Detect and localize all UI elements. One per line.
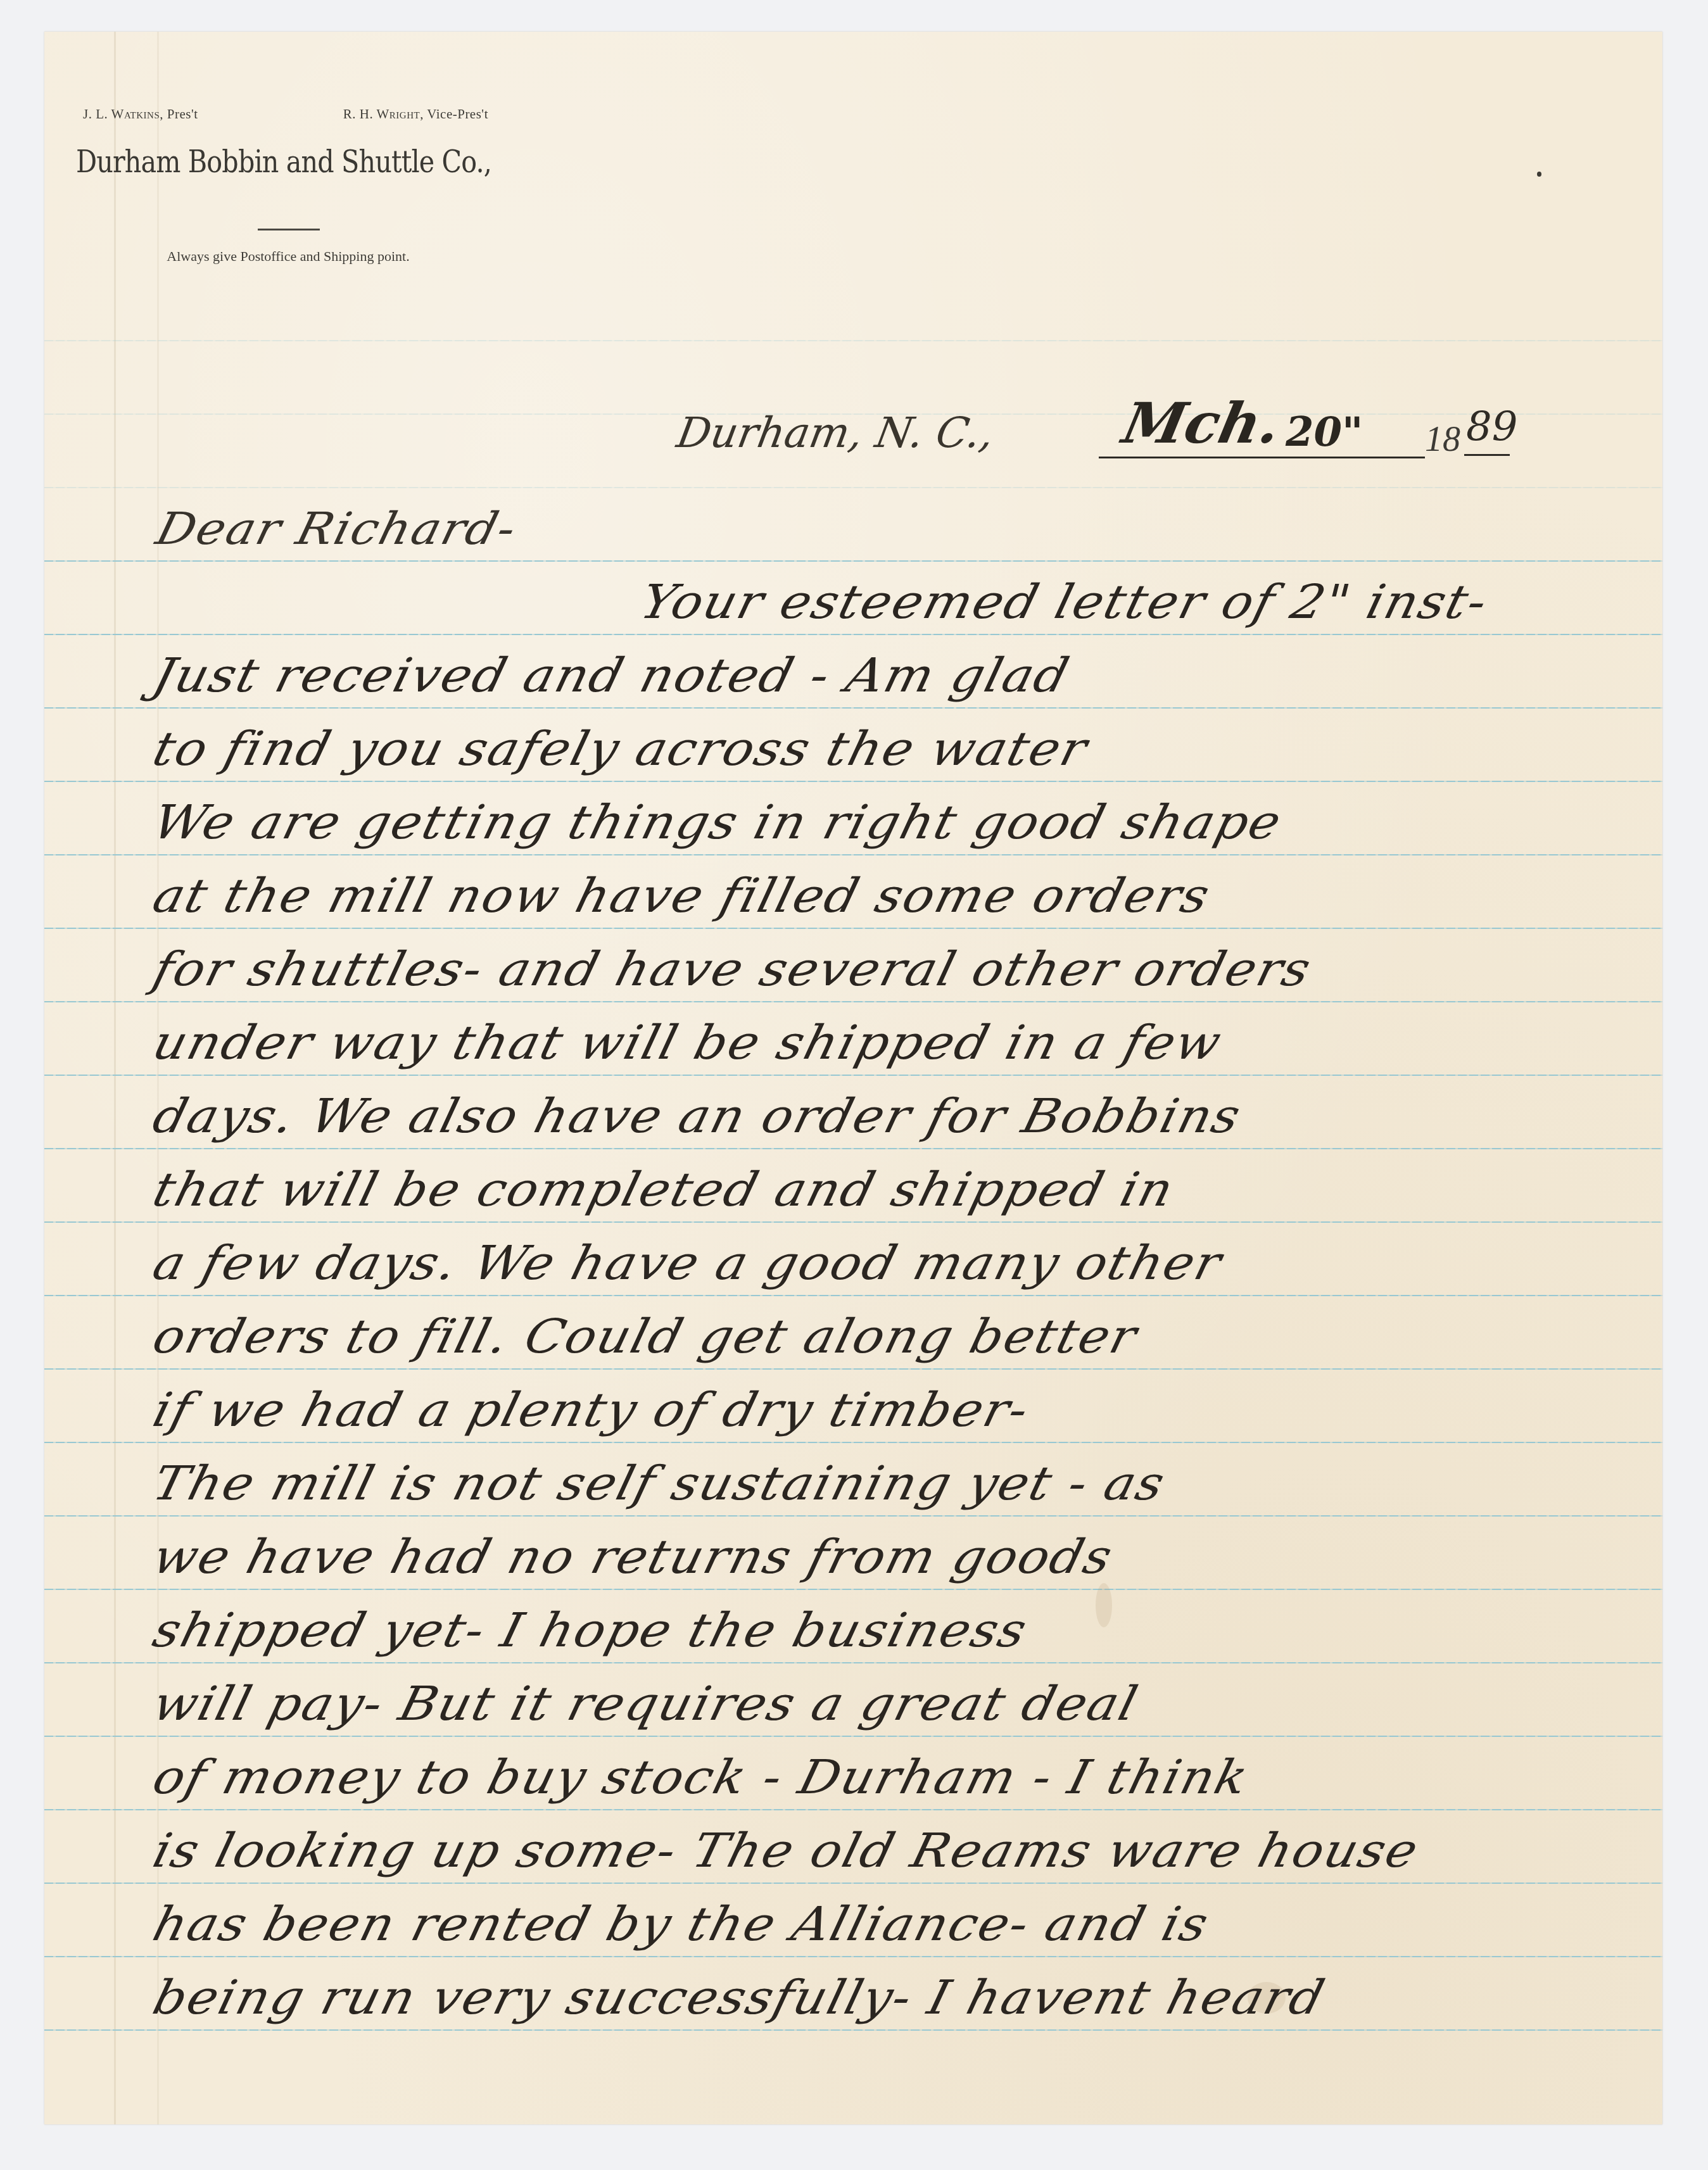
letter-line: days. We also have an order for Bobbins [146, 1082, 1249, 1151]
president: J. L. Watkins, Pres't [83, 106, 198, 122]
dateline: Durham, N. C., Mch. 20" 18 89 [678, 386, 1666, 462]
date-underline [1099, 457, 1425, 458]
company-name: Durham Bobbin and Shuttle Co., [76, 144, 436, 180]
letter-line: Your esteemed letter of 2" inst- [633, 567, 1495, 637]
fold-crease [114, 32, 116, 2124]
ruled-line [44, 340, 1662, 341]
date-year-printed: 18 [1425, 419, 1460, 460]
date-month: Mch. [1117, 390, 1287, 456]
date-year-handwritten: 89 [1466, 404, 1517, 451]
date-day: 20" [1286, 408, 1363, 456]
ink-speck [1537, 172, 1541, 177]
vice-president: R. H. Wright, Vice-Pres't [343, 106, 488, 122]
letter-line: shipped yet- I hope the business [146, 1596, 1035, 1665]
letter-line: of money to buy stock - Durham - I think [146, 1743, 1256, 1812]
ruled-line [44, 487, 1662, 488]
letter-line: we have had no returns from goods [146, 1522, 1120, 1592]
letter-line: is looking up some- The old Reams ware h… [146, 1816, 1426, 1886]
date-place: Durham, N. C., [673, 408, 998, 457]
letter-line: orders to fill. Could get along better [146, 1302, 1145, 1372]
letter-line: Just received and noted - Am glad [146, 641, 1077, 710]
vice-president-title: Vice-Pres't [427, 106, 488, 122]
letter-line: The mill is not self sustaining yet - as [146, 1449, 1173, 1518]
letter-line: at the mill now have filled some orders [146, 861, 1218, 931]
letter-page: J. L. Watkins, Pres't R. H. Wright, Vice… [44, 32, 1662, 2124]
letter-line: if we had a plenty of dry timber- [146, 1375, 1037, 1445]
letter-line: being run very successfully- I havent he… [146, 1963, 1332, 2033]
letter-line: a few days. We have a good many other [146, 1228, 1230, 1298]
letter-line: that will be completed and shipped in [146, 1155, 1182, 1225]
letter-line: to find you safely across the water [146, 714, 1096, 784]
letterhead-divider [258, 229, 320, 230]
letter-line: for shuttles- and have several other ord… [146, 935, 1319, 1004]
president-title: Pres't [167, 106, 198, 122]
president-name: J. L. Watkins [83, 106, 160, 122]
letterhead-officers: J. L. Watkins, Pres't R. H. Wright, Vice… [83, 106, 488, 122]
year-underline [1464, 454, 1510, 456]
salutation: Dear Richard- [149, 494, 524, 564]
letter-line: has been rented by the Alliance- and is [146, 1889, 1217, 1959]
letterhead-tagline: Always give Postoffice and Shipping poin… [127, 248, 450, 265]
letter-line: will pay- But it requires a great deal [146, 1669, 1146, 1739]
letter-line: under way that will be shipped in a few [146, 1008, 1229, 1078]
letter-line: We are getting things in right good shap… [146, 788, 1289, 857]
vice-president-name: R. H. Wright [343, 106, 420, 122]
